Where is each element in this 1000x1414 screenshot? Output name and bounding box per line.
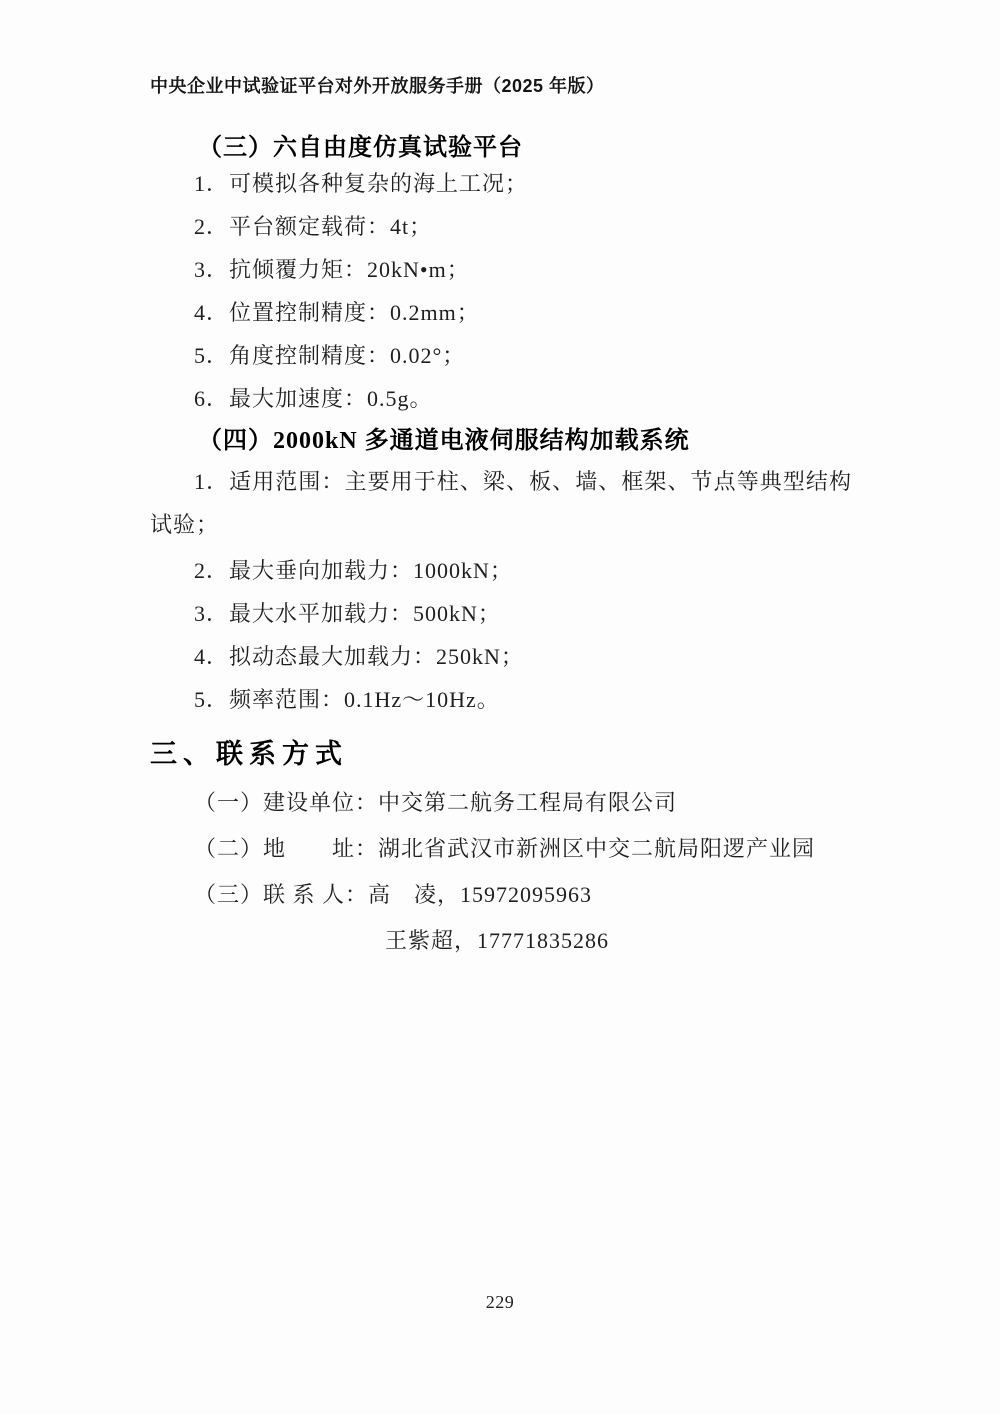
spec-item: 3．抗倾覆力矩：20kN•m； bbox=[150, 248, 852, 291]
section-heading-contact: 三、联系方式 bbox=[150, 737, 852, 771]
spec-item: 2．最大垂向加载力：1000kN； bbox=[150, 549, 852, 592]
document-header-title: 中央企业中试验证平台对外开放服务手册（2025 年版） bbox=[150, 0, 852, 96]
spec-item: 2．平台额定载荷：4t； bbox=[150, 205, 852, 248]
spec-item: 5．角度控制精度：0.02°； bbox=[150, 334, 852, 377]
contact-line-builder: （一）建设单位：中交第二航务工程局有限公司 bbox=[150, 780, 852, 826]
contact-line-person-1: （三）联 系 人：高 凌，15972095963 bbox=[150, 872, 852, 918]
contact-info-block: （一）建设单位：中交第二航务工程局有限公司 （二）地 址：湖北省武汉市新洲区中交… bbox=[150, 780, 852, 964]
spec-item: 3．最大水平加载力：500kN； bbox=[150, 592, 852, 635]
spec-list-loading-system: 2．最大垂向加载力：1000kN； 3．最大水平加载力：500kN； 4．拟动态… bbox=[150, 549, 852, 721]
spec-list-six-dof: 1．可模拟各种复杂的海上工况； 2．平台额定载荷：4t； 3．抗倾覆力矩：20k… bbox=[150, 162, 852, 420]
spec-item: 4．拟动态最大加载力：250kN； bbox=[150, 635, 852, 678]
spec-item: 6．最大加速度：0.5g。 bbox=[150, 377, 852, 420]
contact-line-person-2: 王紫超，17771835286 bbox=[150, 918, 852, 964]
document-page: 中央企业中试验证平台对外开放服务手册（2025 年版） （三）六自由度仿真试验平… bbox=[0, 0, 1000, 1414]
contact-line-address: （二）地 址：湖北省武汉市新洲区中交二航局阳逻产业园 bbox=[150, 826, 852, 872]
section-heading-loading-system: （四）2000kN 多通道电液伺服结构加载系统 bbox=[150, 426, 852, 456]
spec-item-scope-paragraph: 1．适用范围：主要用于柱、梁、板、墙、框架、节点等典型结构试验； bbox=[150, 460, 852, 546]
spec-item: 5．频率范围：0.1Hz～10Hz。 bbox=[150, 678, 852, 721]
page-number: 229 bbox=[0, 1291, 1000, 1313]
spec-item: 1．可模拟各种复杂的海上工况； bbox=[150, 162, 852, 205]
spec-item: 4．位置控制精度：0.2mm； bbox=[150, 291, 852, 334]
section-heading-six-dof-platform: （三）六自由度仿真试验平台 bbox=[150, 134, 852, 162]
